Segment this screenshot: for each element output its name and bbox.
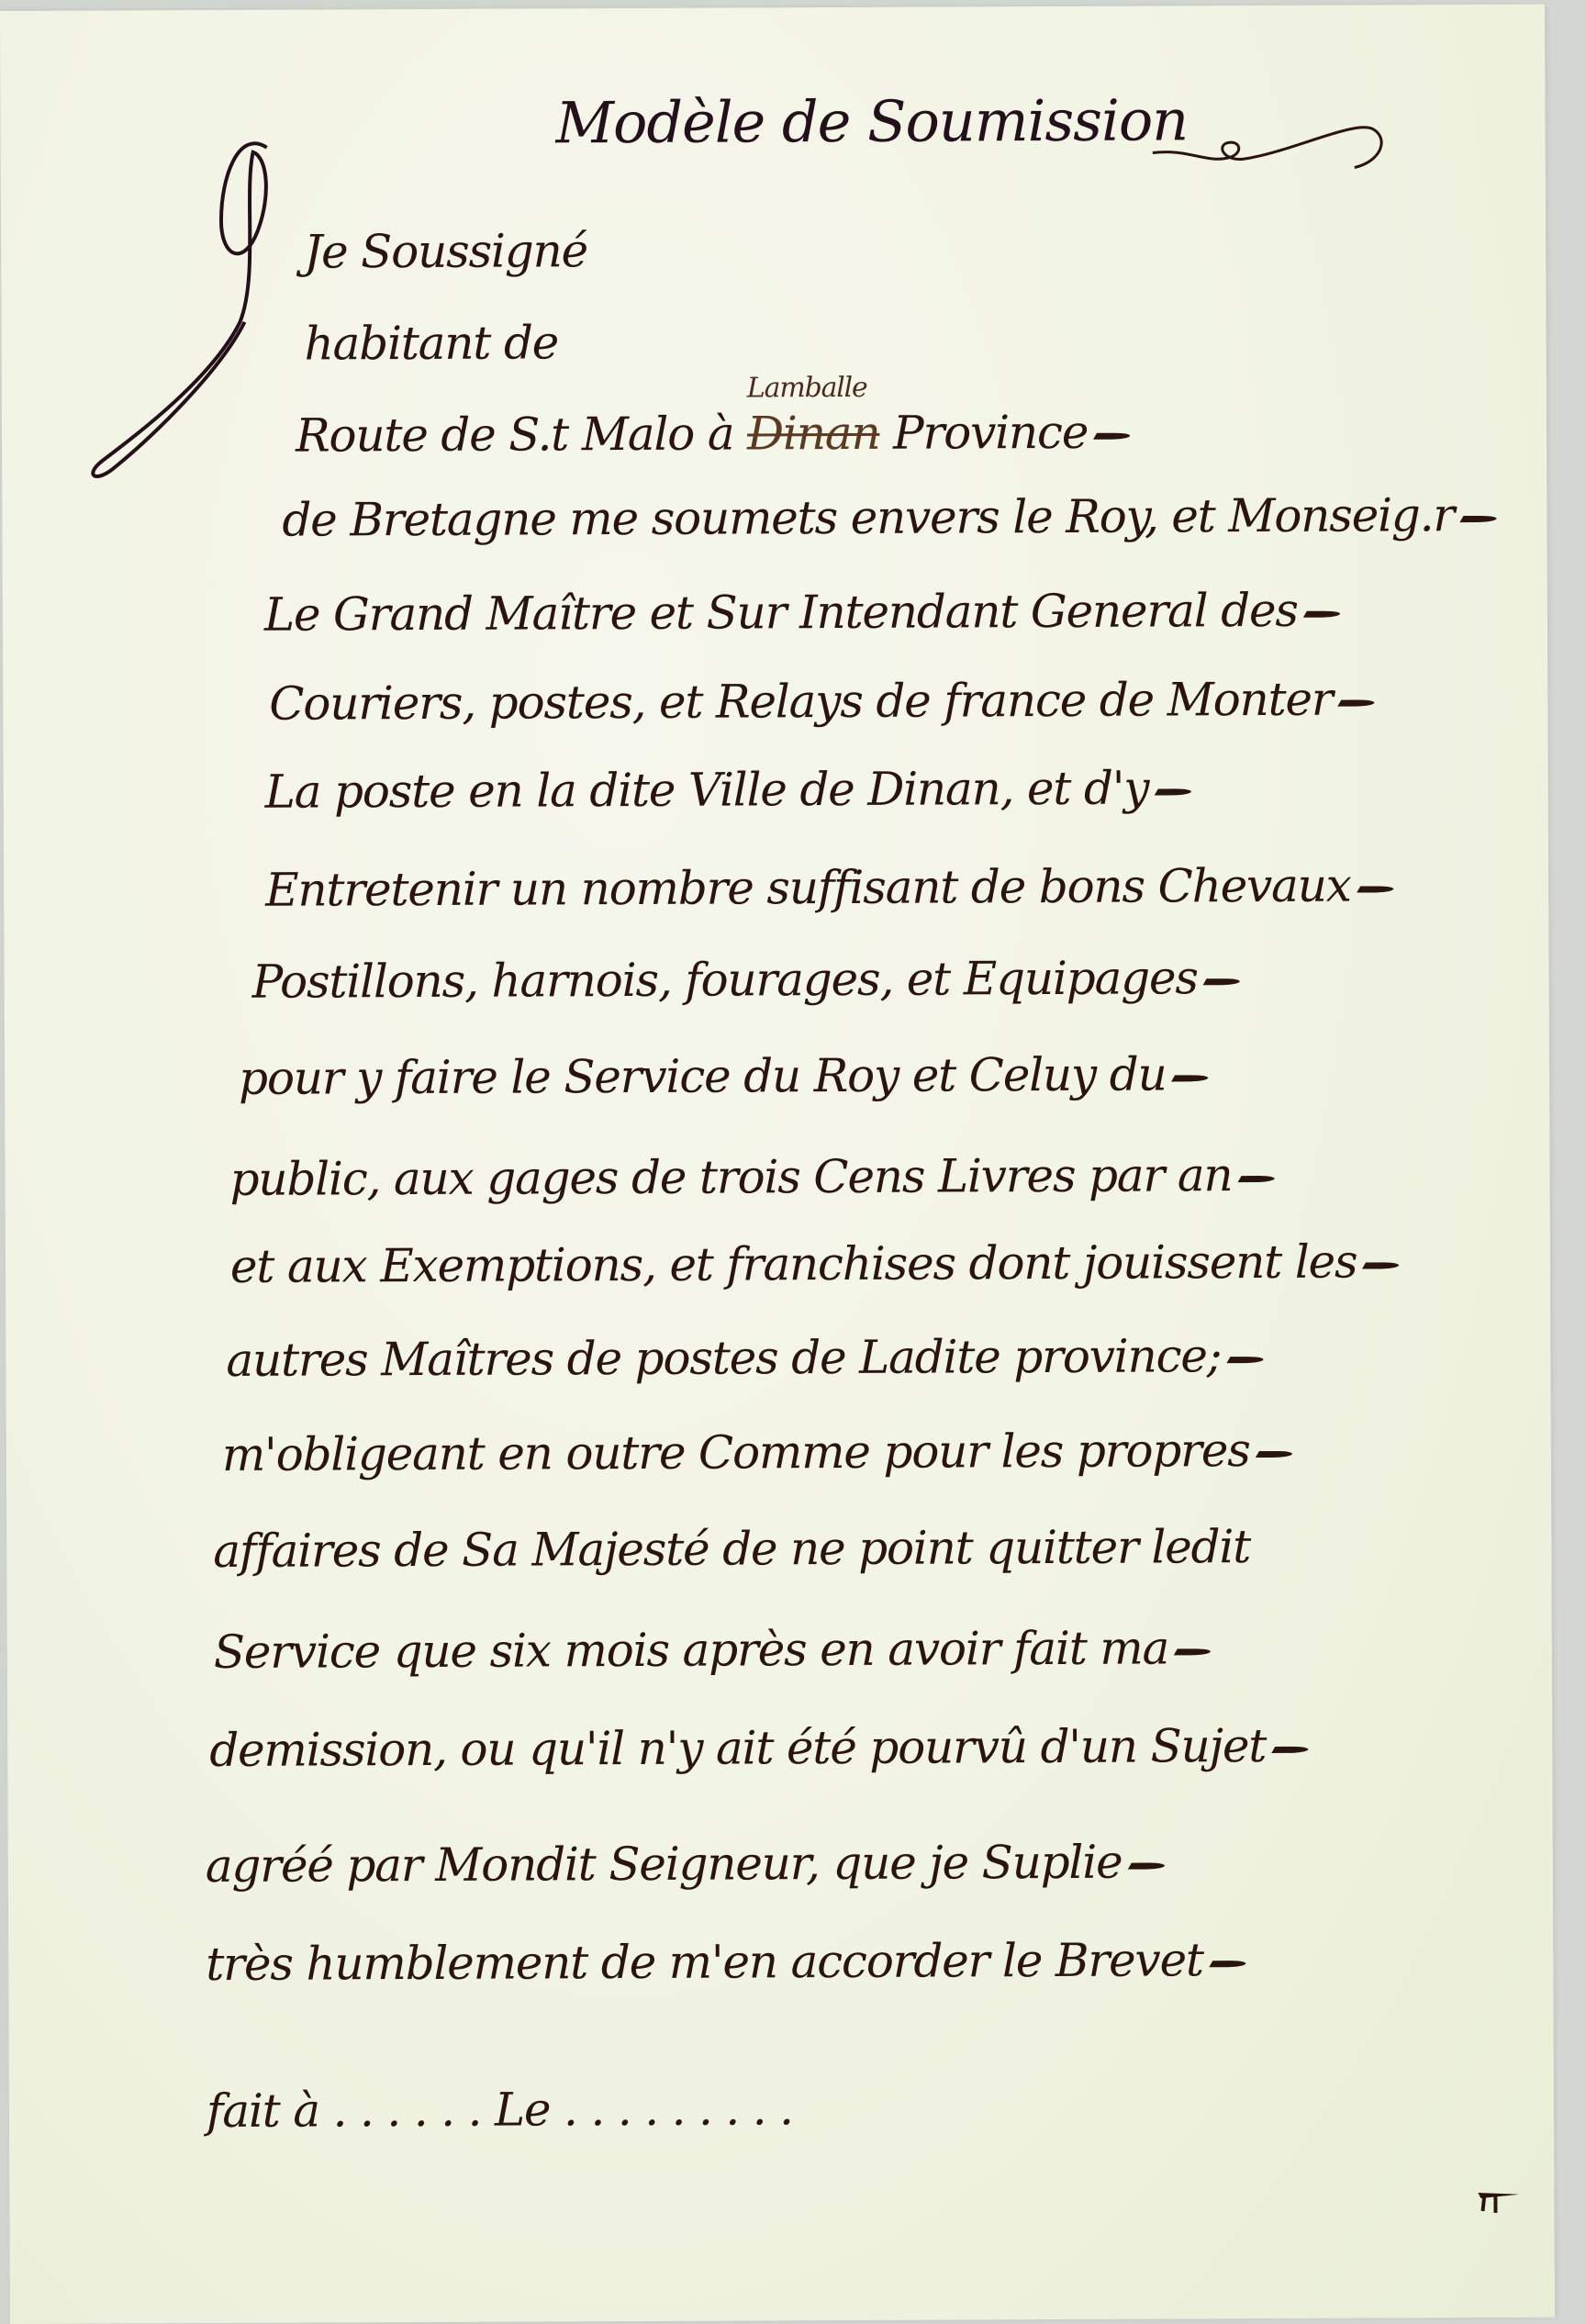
line-fill-dash [1209, 1961, 1247, 1967]
photo-scene: Modèle de Soumission Je Soussignéhabitan… [0, 0, 1586, 2324]
line-text: agréé par Mondit Seigneur, que je Suplie [206, 1836, 1122, 1893]
manuscript-line: et aux Exemptions, et franchises dont jo… [230, 1235, 1400, 1293]
line-fill-dash [1127, 1862, 1166, 1869]
manuscript-line: habitant de [304, 316, 558, 370]
manuscript-line: Service que six mois après en avoir fait… [214, 1621, 1212, 1679]
document-title: Modèle de Soumission [555, 86, 1188, 156]
line-fill-dash [1362, 1262, 1401, 1268]
struck-word: Dinan [747, 407, 880, 461]
interlinear-insertion: Lamballe [747, 372, 867, 405]
line-text: Couriers, postes, et Relays de france de… [269, 673, 1333, 731]
line-fill-dash [1174, 1648, 1212, 1655]
line-text: très humblement de m'en accorder le Brev… [206, 1933, 1203, 1991]
line-text: Le Grand Maître et Sur Intendant General… [264, 584, 1298, 642]
line-text: Entretenir un nombre suffisant de bons C… [265, 859, 1351, 917]
line-text: affaires de Sa Majesté de ne point quitt… [213, 1520, 1250, 1578]
manuscript-line: autres Maîtres de postes de Ladite provi… [226, 1329, 1263, 1387]
manuscript-line: public, aux gages de trois Cens Livres p… [229, 1148, 1274, 1206]
manuscript-page: Modèle de Soumission Je Soussignéhabitan… [0, 5, 1555, 2324]
manuscript-line: Postillons, harnois, fourages, et Equipa… [251, 951, 1239, 1009]
manuscript-line: Route de S.t Malo à DinanLamballe Provin… [296, 406, 1130, 463]
line-fill-dash [1093, 432, 1132, 439]
line-text: public, aux gages de trois Cens Livres p… [229, 1148, 1232, 1206]
manuscript-line: affaires de Sa Majesté de ne point quitt… [213, 1520, 1250, 1578]
line-fill-dash [1226, 1356, 1265, 1362]
manuscript-body: Je Soussignéhabitant deRoute de S.t Malo… [0, 5, 1545, 11]
end-mark-icon [1473, 2189, 1524, 2215]
line-fill-dash [1271, 1746, 1310, 1752]
manuscript-line: de Bretagne me soumets envers le Roy, et… [282, 488, 1496, 547]
line-text: habitant de [304, 316, 558, 370]
line-fill-dash [1338, 699, 1377, 706]
manuscript-line: m'obligeant en outre Comme pour les prop… [222, 1424, 1292, 1481]
manuscript-line: Je Soussigné [304, 224, 587, 278]
manuscript-line: Couriers, postes, et Relays de france de… [269, 672, 1375, 730]
manuscript-line: fait à . . . . . . Le . . . . . . . . . [207, 2082, 793, 2138]
line-text: Service que six mois après en avoir fait… [214, 1621, 1169, 1679]
line-text: m'obligeant en outre Comme pour les prop… [222, 1424, 1250, 1481]
line-fill-dash [1459, 515, 1498, 521]
line-fill-dash [1357, 886, 1395, 892]
line-text: Route de S.t Malo à [296, 408, 734, 463]
line-fill-dash [1154, 788, 1192, 795]
line-text: La poste en la dite Ville de Dinan, et d… [265, 762, 1149, 819]
manuscript-line: La poste en la dite Ville de Dinan, et d… [265, 761, 1191, 818]
line-text: de Bretagne me soumets envers le Roy, et… [282, 488, 1454, 547]
line-fill-dash [1172, 1075, 1211, 1081]
manuscript-line: Entretenir un nombre suffisant de bons C… [265, 858, 1393, 916]
line-text-continued: Province [879, 406, 1088, 460]
line-text: autres Maîtres de postes de Ladite provi… [226, 1329, 1221, 1387]
line-fill-dash [1237, 1175, 1276, 1181]
line-text: Je Soussigné [304, 224, 587, 278]
line-fill-dash [1256, 1450, 1294, 1457]
line-text: fait à . . . . . . Le . . . . . . . . . [207, 2082, 793, 2138]
line-fill-dash [1203, 978, 1242, 985]
manuscript-line: agréé par Mondit Seigneur, que je Suplie [206, 1835, 1165, 1893]
line-text: et aux Exemptions, et franchises dont jo… [230, 1235, 1357, 1293]
decorative-initial-j-icon [84, 139, 306, 488]
manuscript-line: demission, ou qu'il n'y ait été pourvû d… [209, 1719, 1308, 1777]
line-text: demission, ou qu'il n'y ait été pourvû d… [209, 1719, 1266, 1777]
manuscript-line: pour y faire le Service du Roy et Celuy … [239, 1047, 1209, 1105]
manuscript-line: Le Grand Maître et Sur Intendant General… [264, 584, 1340, 642]
line-text: Postillons, harnois, fourages, et Equipa… [251, 951, 1197, 1008]
manuscript-line: très humblement de m'en accorder le Brev… [206, 1933, 1245, 1991]
title-flourish-icon [1152, 110, 1391, 175]
line-fill-dash [1303, 610, 1342, 617]
line-text: pour y faire le Service du Roy et Celuy … [239, 1047, 1167, 1104]
